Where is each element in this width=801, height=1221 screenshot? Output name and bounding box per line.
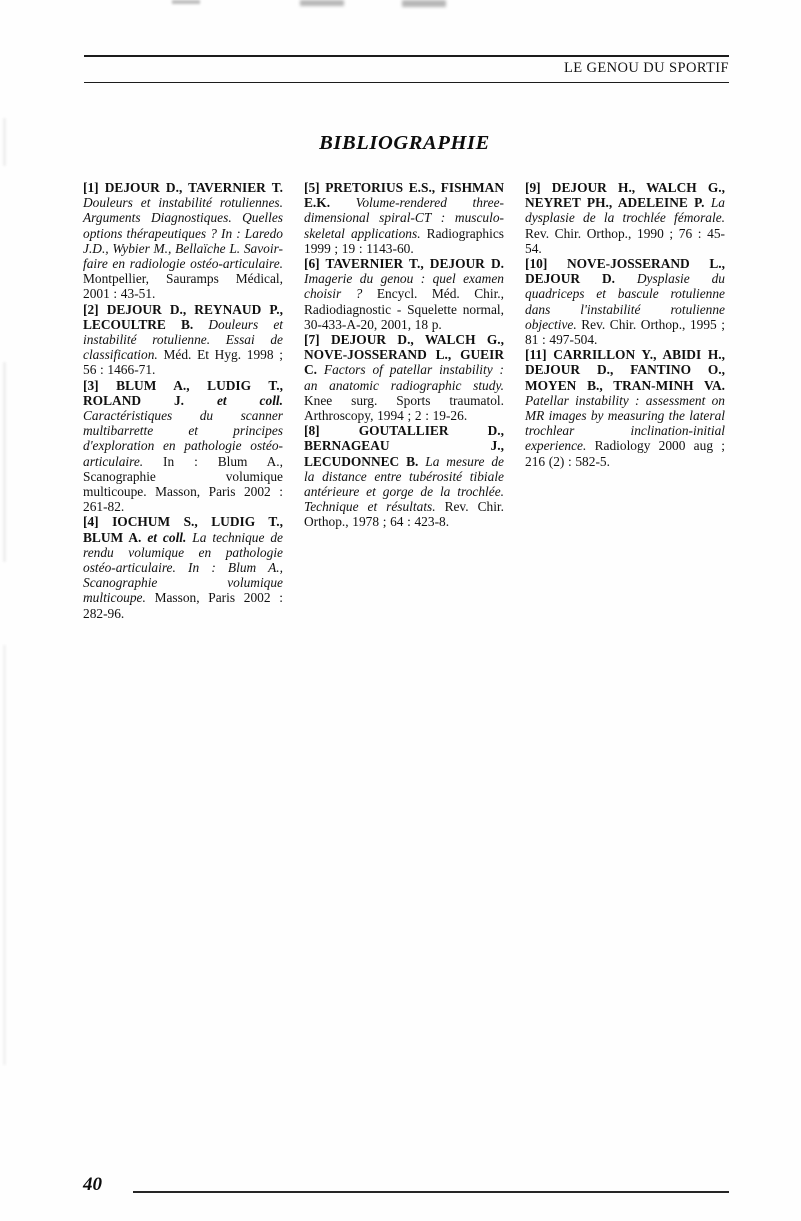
scan-artifact bbox=[3, 645, 6, 1065]
reference-1-segment: Montpellier, Sauramps Médical, 2001 : 43… bbox=[83, 271, 283, 301]
bibliography-column: [9] DEJOUR H., WALCH G., NEYRET PH., ADE… bbox=[525, 180, 725, 469]
reference-8: [8] GOUTALLIER D., BERNAGEAU J., LECUDON… bbox=[304, 423, 504, 529]
scan-artifact bbox=[402, 0, 446, 7]
reference-9-segment: [9] DEJOUR H., WALCH G., NEYRET PH., ADE… bbox=[525, 180, 725, 210]
reference-1: [1] DEJOUR D., TAVERNIER T. Douleurs et … bbox=[83, 180, 283, 302]
running-title: LE GENOU DU SPORTIF bbox=[564, 60, 729, 77]
footer-rule bbox=[133, 1191, 729, 1193]
reference-1-segment: Douleurs et instabilité rotuliennes. Arg… bbox=[83, 195, 283, 271]
reference-1-segment: [1] DEJOUR D., TAVERNIER T. bbox=[83, 180, 283, 195]
scan-artifact bbox=[3, 362, 6, 562]
reference-4: [4] IOCHUM S., LUDIG T., BLUM A. et coll… bbox=[83, 514, 283, 620]
reference-4-segment: et coll. bbox=[147, 530, 192, 545]
reference-3-segment: et coll. bbox=[217, 393, 283, 408]
reference-11: [11] CARRILLON Y., ABIDI H., DEJOUR D., … bbox=[525, 347, 725, 469]
scanned-book-page: LE GENOU DU SPORTIF BIBLIOGRAPHIE [1] DE… bbox=[0, 0, 801, 1221]
scan-artifact bbox=[300, 0, 344, 6]
reference-7: [7] DEJOUR D., WALCH G., NOVE-JOSSERAND … bbox=[304, 332, 504, 423]
reference-9: [9] DEJOUR H., WALCH G., NEYRET PH., ADE… bbox=[525, 180, 725, 256]
page-number: 40 bbox=[83, 1174, 102, 1196]
reference-7-segment: Factors of patellar instability : an ana… bbox=[304, 362, 504, 392]
reference-3: [3] BLUM A., LUDIG T., ROLAND J. et coll… bbox=[83, 378, 283, 515]
header-rule-top bbox=[84, 55, 729, 57]
reference-5: [5] PRETORIUS E.S., FISHMAN E.K. Volume-… bbox=[304, 180, 504, 256]
bibliography-column: [1] DEJOUR D., TAVERNIER T. Douleurs et … bbox=[83, 180, 283, 621]
reference-6-segment: [6] TAVERNIER T., DEJOUR D. bbox=[304, 256, 504, 271]
page-title: BIBLIOGRAPHIE bbox=[84, 132, 725, 155]
reference-9-segment: Rev. Chir. Orthop., 1990 ; 76 : 45-54. bbox=[525, 226, 725, 256]
header-rule-bottom bbox=[84, 82, 729, 83]
scan-artifact bbox=[3, 118, 6, 166]
reference-10: [10] NOVE-JOSSERAND L., DEJOUR D. Dyspla… bbox=[525, 256, 725, 347]
reference-6: [6] TAVERNIER T., DEJOUR D. Imagerie du … bbox=[304, 256, 504, 332]
bibliography-column: [5] PRETORIUS E.S., FISHMAN E.K. Volume-… bbox=[304, 180, 504, 530]
reference-7-segment: Knee surg. Sports traumatol. Arthroscopy… bbox=[304, 393, 504, 423]
bibliography-columns: [1] DEJOUR D., TAVERNIER T. Douleurs et … bbox=[83, 180, 726, 621]
reference-11-segment: [11] CARRILLON Y., ABIDI H., DEJOUR D., … bbox=[525, 347, 725, 392]
scan-artifact bbox=[172, 0, 200, 4]
reference-2: [2] DEJOUR D., REYNAUD P., LECOULTRE B. … bbox=[83, 302, 283, 378]
